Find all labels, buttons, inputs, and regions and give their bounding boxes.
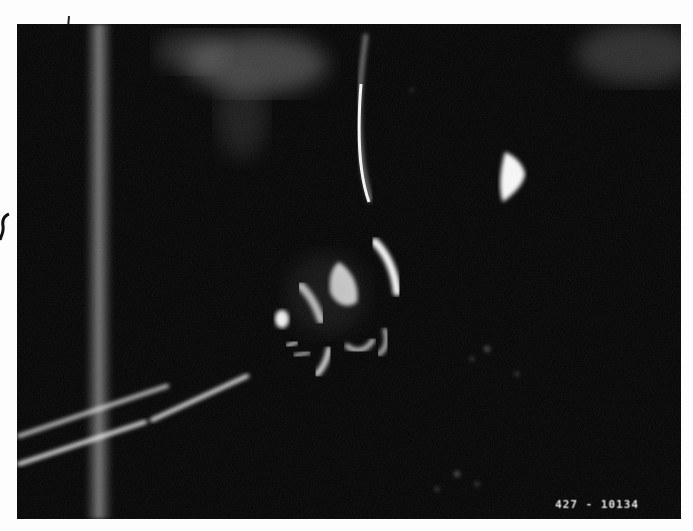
scanned-page: 427 - 10134 (0, 0, 693, 531)
photo-scene (17, 24, 681, 519)
film-grain (17, 24, 681, 519)
scan-artifact-mark (0, 212, 10, 242)
photo-caption: 427 - 10134 (555, 498, 639, 511)
photograph: 427 - 10134 (17, 24, 681, 519)
